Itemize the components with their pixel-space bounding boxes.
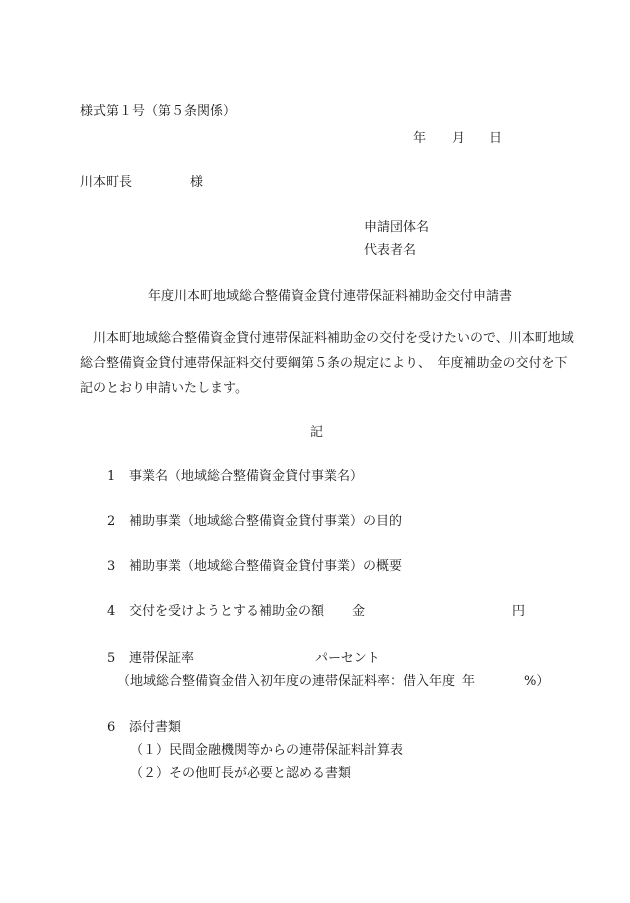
item-label: 添付書類: [129, 720, 181, 735]
item-label: 補助事業（地域総合整備資金貸付事業）の目的: [129, 514, 402, 529]
item-number: 4: [107, 605, 129, 618]
applicant-org-label: 申請団体名: [364, 221, 429, 234]
item-number: 5: [107, 652, 129, 665]
item-2: 2補助事業（地域総合整備資金貸付事業）の目的: [107, 515, 402, 528]
item-3: 3補助事業（地域総合整備資金貸付事業）の概要: [107, 560, 402, 573]
addressee-honorific: 様: [190, 176, 203, 189]
addressee-name: 川本町長: [80, 176, 132, 189]
applicant-rep-label: 代表者名: [364, 244, 416, 257]
form-number-label: 様式第１号（第５条関係）: [80, 105, 236, 118]
guarantee-rate-note-suffix: %）: [524, 675, 549, 688]
date-day-label: 日: [489, 132, 502, 145]
item-number: 3: [107, 560, 129, 573]
document-title: 年度川本町地域総合整備資金貸付連帯保証料補助金交付申請書: [148, 290, 512, 303]
item-number: 1: [107, 470, 129, 483]
guarantee-rate-note-year: 年: [462, 675, 475, 688]
item-label: 連帯保証率: [129, 651, 194, 666]
item-label: 補助事業（地域総合整備資金貸付事業）の概要: [129, 559, 402, 574]
body-line-3: 記のとおり申請いたします。: [80, 382, 248, 395]
amount-kin-label: 金: [352, 605, 365, 618]
guarantee-rate-note-prefix: （地域総合整備資金借入初年度の連帯保証料率：借入年度: [117, 675, 455, 688]
date-year-label: 年: [413, 132, 426, 145]
item-4: 4交付を受けようとする補助金の額: [107, 605, 324, 618]
date-month-label: 月: [452, 132, 465, 145]
item-number: 6: [107, 721, 129, 734]
amount-yen-label: 円: [512, 605, 525, 618]
body-line-1: 川本町地域総合整備資金貸付連帯保証料補助金の交付を受けたいので、川本町地域: [93, 332, 574, 345]
ki-heading: 記: [310, 426, 323, 439]
item-label: 交付を受けようとする補助金の額: [129, 604, 324, 619]
item-label: 事業名（地域総合整備資金貸付事業名）: [129, 469, 363, 484]
attachment-2: （２）その他町長が必要と認める書類: [130, 767, 351, 780]
attachment-1: （１）民間金融機関等からの連帯保証料計算表: [130, 744, 403, 757]
percent-word-label: パーセント: [315, 652, 380, 665]
item-5: 5連帯保証率: [107, 652, 194, 665]
item-number: 2: [107, 515, 129, 528]
item-6: 6添付書類: [107, 721, 181, 734]
body-line-2: 総合整備資金貸付連帯保証料交付要綱第５条の規定により、 年度補助金の交付を下: [80, 357, 568, 370]
item-1: 1事業名（地域総合整備資金貸付事業名）: [107, 470, 363, 483]
